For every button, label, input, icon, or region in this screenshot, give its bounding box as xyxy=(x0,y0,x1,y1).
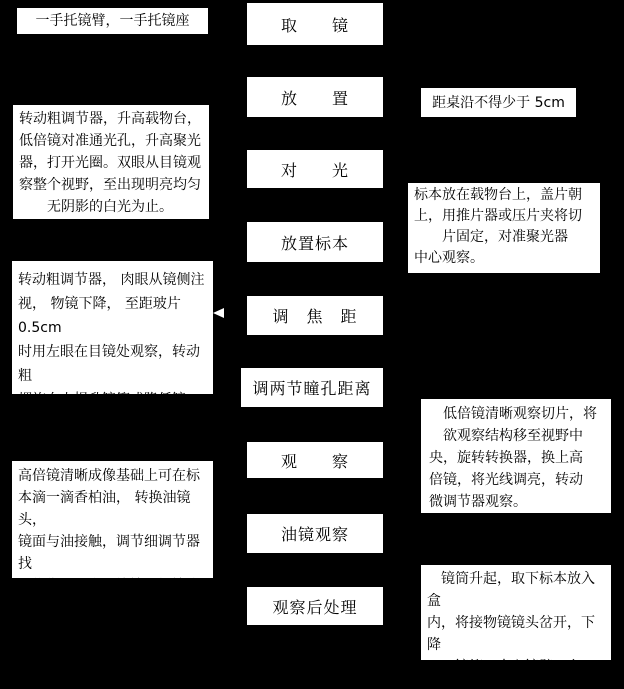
note-hold-scope: 一手托镜臂，一手托镜座 xyxy=(17,8,208,34)
note-oil-lens-detail: 高倍镜清晰成像基础上可在标 本滴一滴香柏油， 转换油镜头， 镜面与油接触，调节细… xyxy=(12,461,213,578)
step-box-place: 放 置 xyxy=(247,77,383,117)
note-adjust-light-detail: 转动粗调节器，升高载物台， 低倍镜对准通光孔，升高聚光 器，打开光圈。双眼从目镜… xyxy=(13,105,209,219)
note-focus-detail: 转动粗调节器， 肉眼从镜侧注 视， 物镜下降， 至距玻片 0.5cm 时用左眼在… xyxy=(12,261,213,394)
step-box-place-specimen: 放置标本 xyxy=(247,222,383,262)
step-box-post-observe: 观察后处理 xyxy=(247,587,383,625)
step-box-observe: 观 察 xyxy=(247,442,383,478)
step-box-take-scope: 取 镜 xyxy=(247,3,383,45)
step-box-adjust-focus: 调 焦 距 xyxy=(247,296,383,335)
arrow-left-icon xyxy=(213,308,224,318)
step-box-pupil-distance: 调两节瞳孔距离 xyxy=(241,368,383,407)
note-observe-detail: 低倍镜清晰观察切片，将 欲观察结构移至视野中 央，旋转转换器，换上高 倍镜，将光… xyxy=(421,399,611,513)
note-cleanup-detail: 镜筒升起，取下标本放入盒 内，将接物镜镜头岔开，下降 镜筒，直立镜臂，套 上保护… xyxy=(421,565,611,660)
step-box-adjust-light: 对 光 xyxy=(247,150,383,188)
note-table-edge-distance: 距桌沿不得少于 5cm xyxy=(421,88,576,117)
step-box-oil-observe: 油镜观察 xyxy=(247,514,383,553)
flowchart-canvas: 取 镜 放 置 对 光 放置标本 调 焦 距 调两节瞳孔距离 观 察 油镜观察 … xyxy=(0,0,624,689)
note-specimen-detail: 标本放在载物台上，盖片朝 上，用推片器或压片夹将切 片固定，对准聚光器 中心观察… xyxy=(408,183,600,273)
